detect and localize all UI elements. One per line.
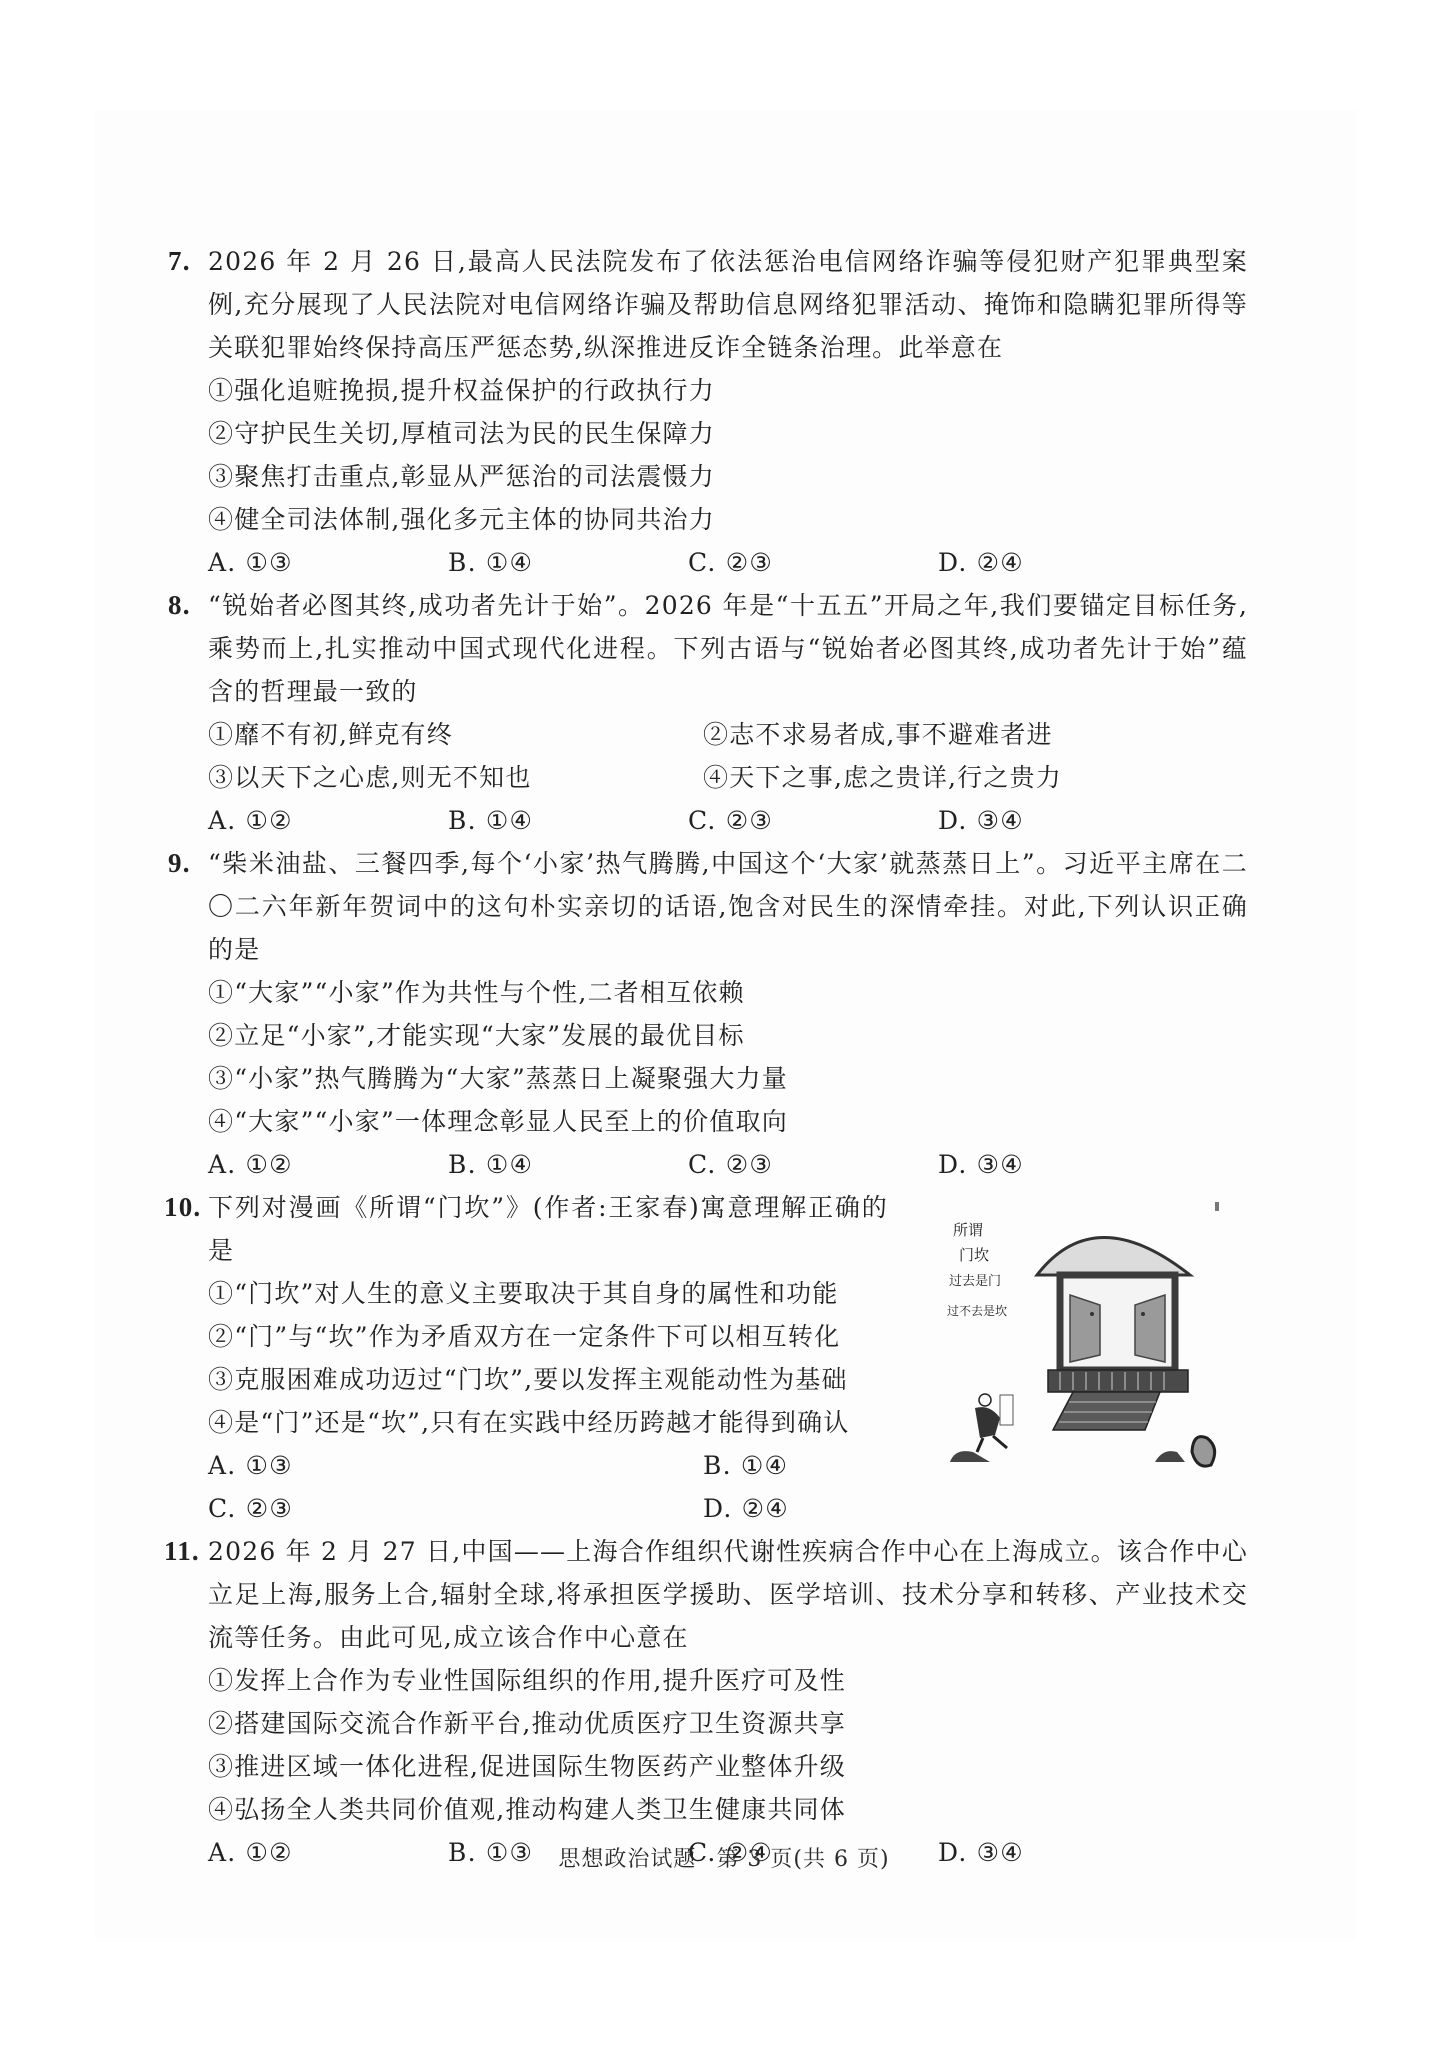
- option-item: ①发挥上合作为专业性国际组织的作用,提升医疗可及性: [208, 1659, 1248, 1702]
- option-item: ③聚焦打击重点,彰显从严惩治的司法震慑力: [208, 455, 1248, 498]
- page-number: 第 3 页(共 6 页): [716, 1847, 889, 1872]
- option-item: ②守护民生关切,厚植司法为民的民生保障力: [208, 412, 1248, 455]
- exam-page-content: 7. 2026 年 2 月 26 日,最高人民法院发布了依法惩治电信网络诈骗等侵…: [168, 240, 1248, 1874]
- choice-d[interactable]: D. ②④: [938, 541, 1178, 584]
- cartoon-caption-line: 所谓: [953, 1221, 983, 1239]
- option-list: ①“门坎”对人生的意义主要取决于其自身的属性和功能 ②“门”与“坎”作为矛盾双方…: [168, 1272, 888, 1444]
- answer-choices: A. ①② B. ①④ C. ②③ D. ③④: [168, 799, 1248, 842]
- question-text: 2026 年 2 月 26 日,最高人民法院发布了依法惩治电信网络诈骗等侵犯财产…: [208, 247, 1248, 362]
- cartoon-caption-line: 门坎: [959, 1246, 989, 1264]
- cartoon-drawing-icon: 所谓 门坎 过去是门 过不去是坎: [945, 1190, 1255, 1490]
- option-item: ①靡不有初,鲜克有终: [208, 713, 703, 756]
- question-stem: 8. “锐始者必图其终,成功者先计于始”。2026 年是“十五五”开局之年,我们…: [168, 584, 1248, 713]
- question-stem: 10. 下列对漫画《所谓“门坎”》(作者:王家春)寓意理解正确的是: [168, 1186, 888, 1272]
- option-item: ①“门坎”对人生的意义主要取决于其自身的属性和功能: [208, 1272, 888, 1315]
- option-list: ①强化追赃挽损,提升权益保护的行政执行力 ②守护民生关切,厚植司法为民的民生保障…: [168, 369, 1248, 541]
- question-number: 7.: [168, 240, 191, 283]
- cartoon-caption-line: 过去是门: [949, 1273, 1001, 1289]
- choice-d[interactable]: D. ③④: [938, 1143, 1178, 1186]
- question-8: 8. “锐始者必图其终,成功者先计于始”。2026 年是“十五五”开局之年,我们…: [168, 584, 1248, 842]
- question-10: 10. 下列对漫画《所谓“门坎”》(作者:王家春)寓意理解正确的是 ①“门坎”对…: [168, 1186, 888, 1530]
- choice-b[interactable]: B. ①④: [448, 541, 688, 584]
- option-item: ②搭建国际交流合作新平台,推动优质医疗卫生资源共享: [208, 1702, 1248, 1745]
- question-text: 下列对漫画《所谓“门坎”》(作者:王家春)寓意理解正确的是: [208, 1193, 888, 1265]
- option-item: ④弘扬全人类共同价值观,推动构建人类卫生健康共同体: [208, 1788, 1248, 1831]
- question-stem: 7. 2026 年 2 月 26 日,最高人民法院发布了依法惩治电信网络诈骗等侵…: [168, 240, 1248, 369]
- question-number: 8.: [168, 584, 191, 627]
- option-item: ③以天下之心虑,则无不知也: [208, 756, 703, 799]
- option-item: ④健全司法体制,强化多元主体的协同共治力: [208, 498, 1248, 541]
- choice-a[interactable]: A. ①③: [208, 1444, 703, 1487]
- question-text: “柴米油盐、三餐四季,每个‘小家’热气腾腾,中国这个‘大家’就蒸蒸日上”。习近平…: [208, 849, 1248, 964]
- option-item: ④“大家”“小家”一体理念彰显人民至上的价值取向: [208, 1100, 1248, 1143]
- question-number: 11.: [164, 1530, 200, 1573]
- choice-d[interactable]: D. ③④: [938, 799, 1178, 842]
- choice-c[interactable]: C. ②③: [688, 1143, 938, 1186]
- choice-a[interactable]: A. ①③: [208, 541, 448, 584]
- cartoon-caption-line: 过不去是坎: [947, 1303, 1007, 1318]
- choice-b[interactable]: B. ①④: [448, 1143, 688, 1186]
- option-list: ①发挥上合作为专业性国际组织的作用,提升医疗可及性 ②搭建国际交流合作新平台,推…: [168, 1659, 1248, 1831]
- option-list: ①“大家”“小家”作为共性与个性,二者相互依赖 ②立足“小家”,才能实现“大家”…: [168, 971, 1248, 1143]
- answer-choices: A. ①② B. ①④ C. ②③ D. ③④: [168, 1143, 1248, 1186]
- question-7: 7. 2026 年 2 月 26 日,最高人民法院发布了依法惩治电信网络诈骗等侵…: [168, 240, 1248, 584]
- exam-subject: 思想政治试题: [558, 1847, 696, 1872]
- question-text: “锐始者必图其终,成功者先计于始”。2026 年是“十五五”开局之年,我们要锚定…: [208, 591, 1248, 706]
- page-footer: 思想政治试题 第 3 页(共 6 页): [0, 1842, 1448, 1873]
- choice-b[interactable]: B. ①④: [448, 799, 688, 842]
- choice-c[interactable]: C. ②③: [688, 541, 938, 584]
- choice-a[interactable]: A. ①②: [208, 1143, 448, 1186]
- question-stem: 9. “柴米油盐、三餐四季,每个‘小家’热气腾腾,中国这个‘大家’就蒸蒸日上”。…: [168, 842, 1248, 971]
- question-9: 9. “柴米油盐、三餐四季,每个‘小家’热气腾腾,中国这个‘大家’就蒸蒸日上”。…: [168, 842, 1248, 1186]
- question-number: 10.: [164, 1186, 201, 1229]
- option-item: ④天下之事,虑之贵详,行之贵力: [703, 756, 1183, 799]
- question-number: 9.: [168, 842, 191, 885]
- choice-d[interactable]: D. ②④: [703, 1487, 903, 1530]
- option-item: ③推进区域一体化进程,促进国际生物医药产业整体升级: [208, 1745, 1248, 1788]
- option-item: ②立足“小家”,才能实现“大家”发展的最优目标: [208, 1014, 1248, 1057]
- option-item: ③“小家”热气腾腾为“大家”蒸蒸日上凝聚强大力量: [208, 1057, 1248, 1100]
- option-item: ①“大家”“小家”作为共性与个性,二者相互依赖: [208, 971, 1248, 1014]
- choice-b[interactable]: B. ①④: [703, 1444, 903, 1487]
- option-item: ③克服困难成功迈过“门坎”,要以发挥主观能动性为基础: [208, 1358, 888, 1401]
- option-item: ②“门”与“坎”作为矛盾双方在一定条件下可以相互转化: [208, 1315, 888, 1358]
- cartoon-door-threshold: 所谓 门坎 过去是门 过不去是坎: [945, 1190, 1255, 1490]
- question-text: 2026 年 2 月 27 日,中国——上海合作组织代谢性疾病合作中心在上海成立…: [208, 1537, 1248, 1652]
- choice-c[interactable]: C. ②③: [208, 1487, 703, 1530]
- question-11: 11. 2026 年 2 月 27 日,中国——上海合作组织代谢性疾病合作中心在…: [168, 1530, 1248, 1874]
- question-stem: 11. 2026 年 2 月 27 日,中国——上海合作组织代谢性疾病合作中心在…: [168, 1530, 1248, 1659]
- answer-choices: A. ①③ B. ①④ C. ②③ D. ②④: [168, 1444, 888, 1530]
- option-item: ②志不求易者成,事不避难者进: [703, 713, 1183, 756]
- choice-c[interactable]: C. ②③: [688, 799, 938, 842]
- choice-a[interactable]: A. ①②: [208, 799, 448, 842]
- option-list: ①靡不有初,鲜克有终 ②志不求易者成,事不避难者进 ③以天下之心虑,则无不知也 …: [168, 713, 1248, 799]
- option-item: ①强化追赃挽损,提升权益保护的行政执行力: [208, 369, 1248, 412]
- answer-choices: A. ①③ B. ①④ C. ②③ D. ②④: [168, 541, 1248, 584]
- option-item: ④是“门”还是“坎”,只有在实践中经历跨越才能得到确认: [208, 1401, 888, 1444]
